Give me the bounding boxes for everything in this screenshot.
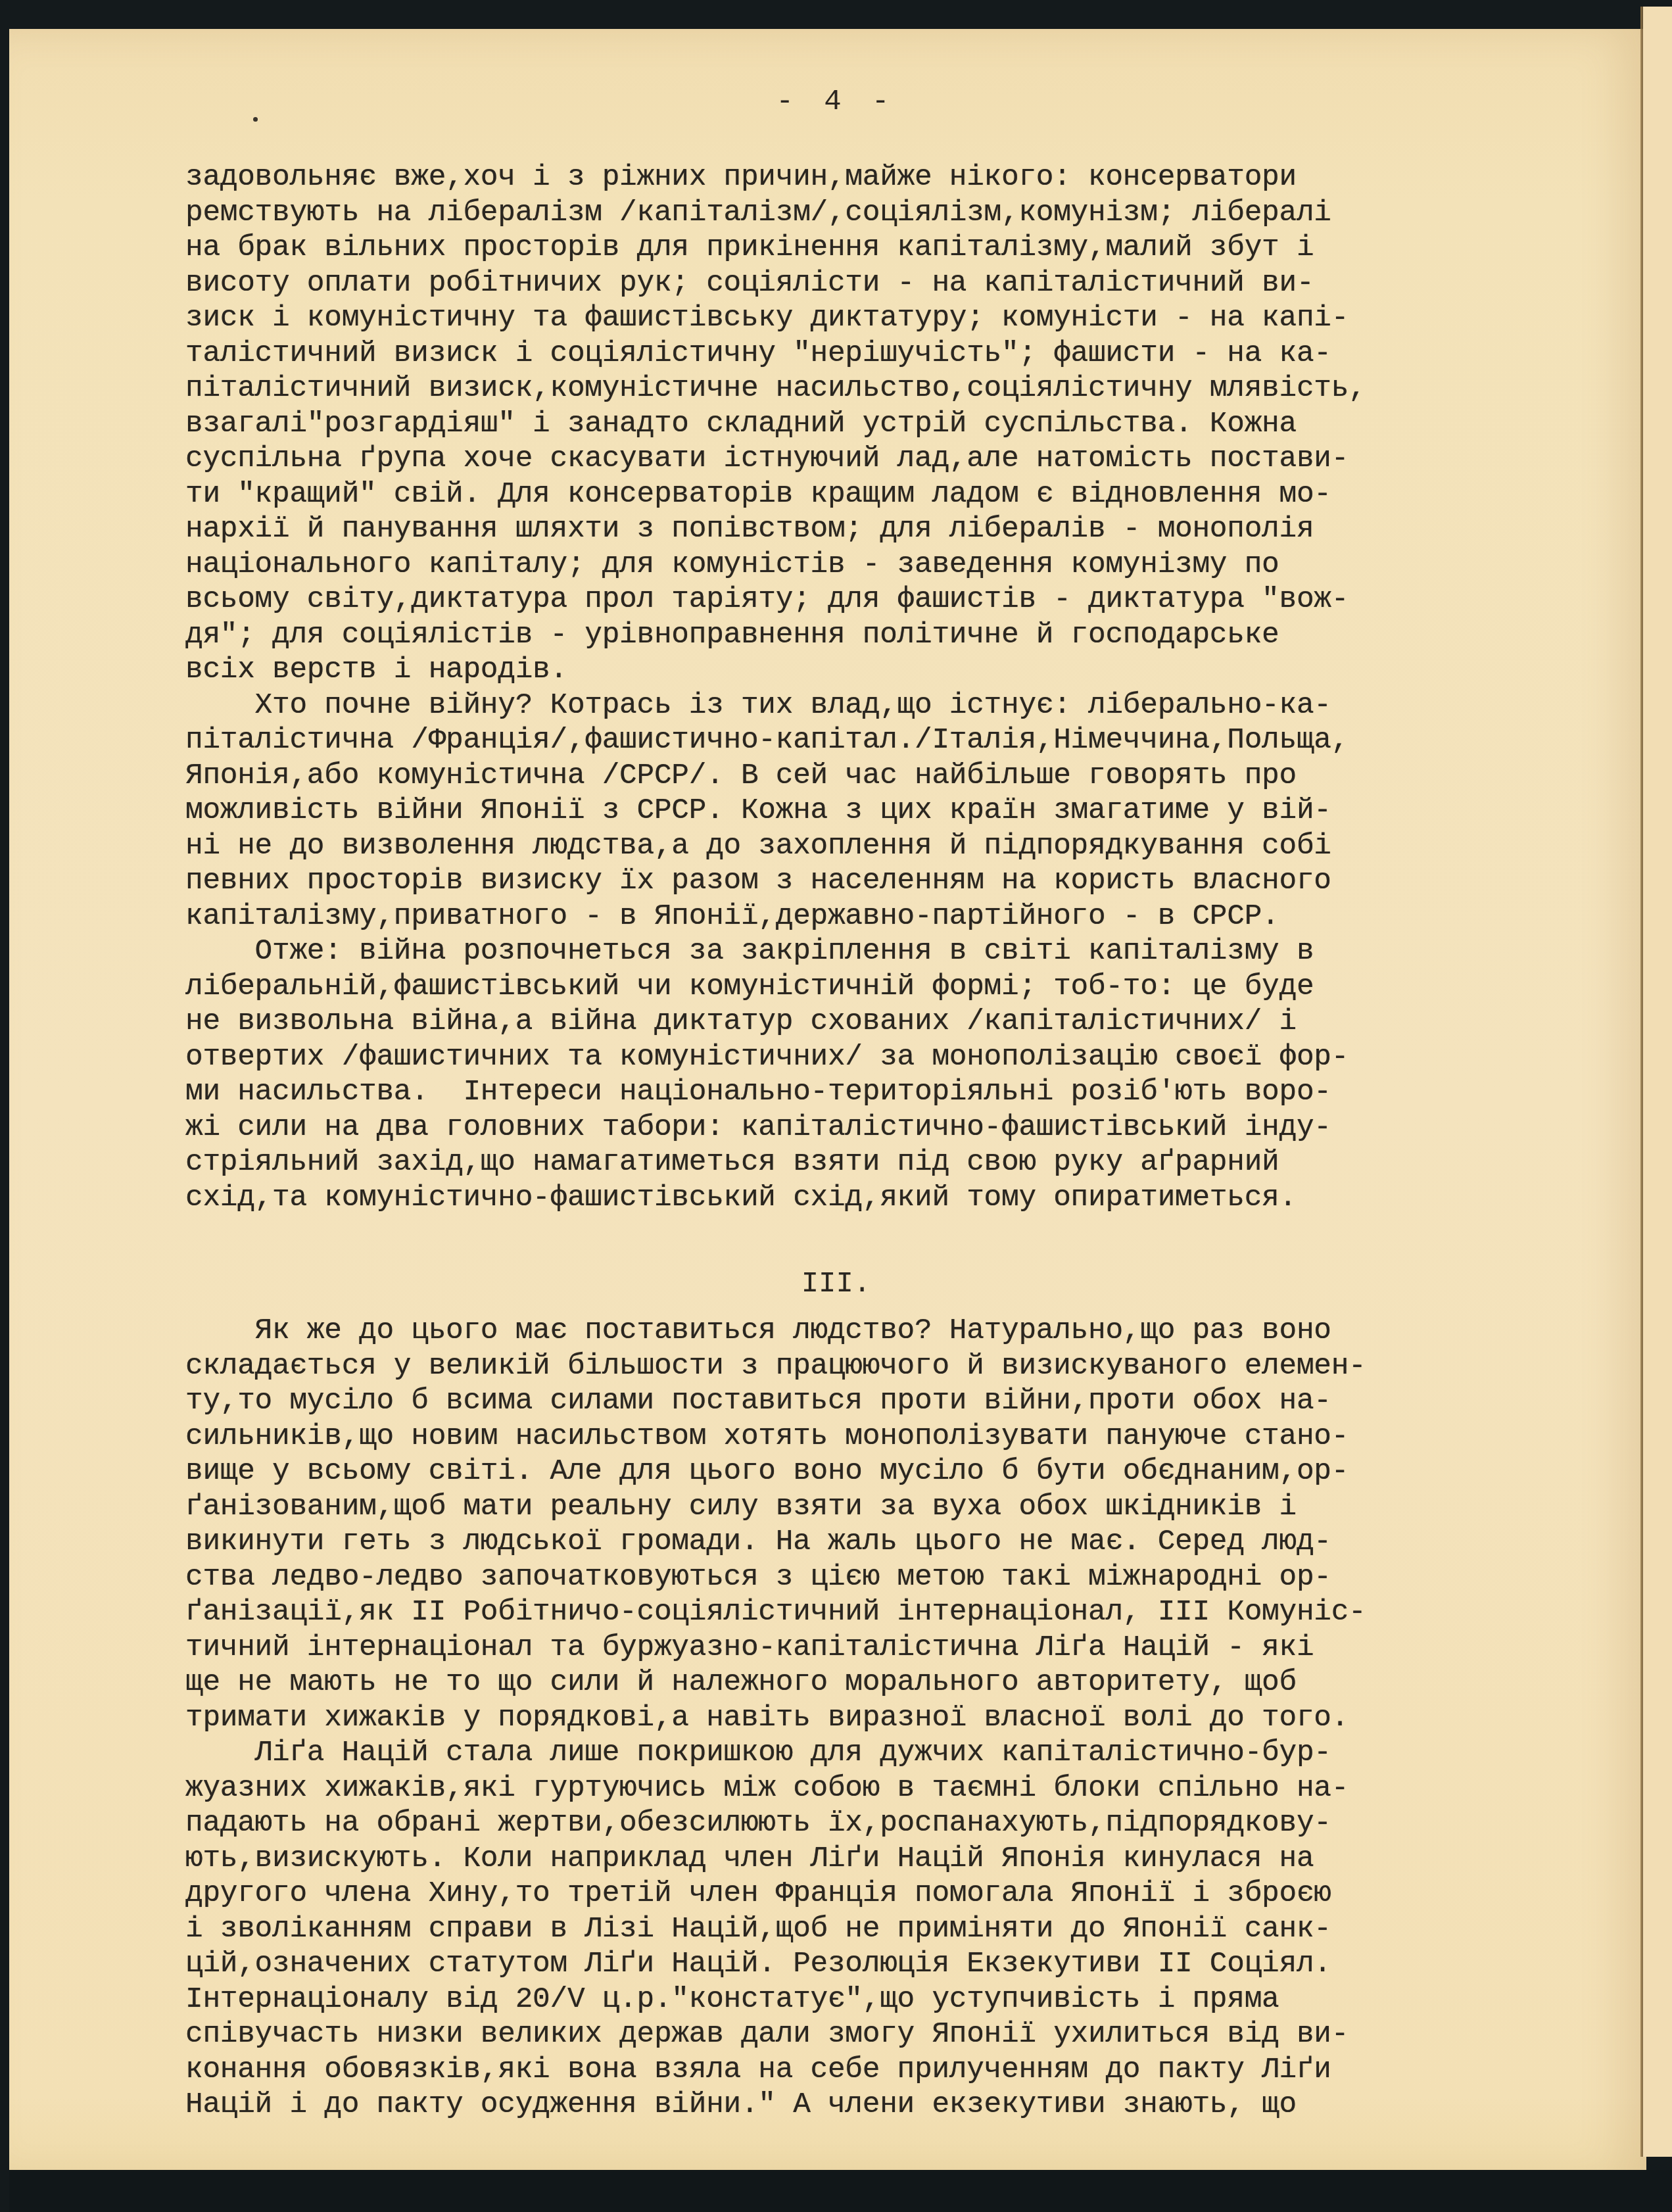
text-line: не визвольна війна,а війна диктатур схов… (185, 1005, 1560, 1040)
text-line: Хто почне війну? Котрась із тих влад,що … (185, 688, 1560, 724)
text-line: отвертих /фашистичних та комуністичних/ … (185, 1040, 1560, 1076)
text-line: ліберальній,фашистівський чи комуністичн… (185, 970, 1560, 1005)
text-line: ще не мають не то що сили й належного мо… (185, 1666, 1560, 1701)
text-line: тичний інтернаціонал та буржуазно-капіта… (185, 1631, 1560, 1666)
page-number: - 4 - (0, 85, 1672, 118)
text-line: Націй і до пакту осудження війни." А чле… (185, 2088, 1560, 2123)
text-line: нархії й панування шляхти з попівством; … (185, 512, 1560, 548)
text-line: тримати хижаків у порядкові,а навіть вир… (185, 1701, 1560, 1737)
text-line: Як же до цього має поставиться людство? … (185, 1314, 1560, 1349)
text-line: Японія,або комуністична /СРСР/. В сей ча… (185, 759, 1560, 794)
text-line: капіталізму,приватного - в Японії,держав… (185, 900, 1560, 935)
text-line: всіх верств і народів. (185, 653, 1560, 688)
text-line: на брак вільних просторів для прикінення… (185, 231, 1560, 266)
section-heading: III. (0, 1268, 1672, 1301)
text-line: Ліґа Націй стала лише покришкою для дужч… (185, 1736, 1560, 1771)
text-line: задовольняє вже,хоч і з ріжних причин,ма… (185, 160, 1560, 196)
text-line: зиск і комуністичну та фашистівську дикт… (185, 301, 1560, 337)
text-line: ґанізованим,щоб мати реальну силу взяти … (185, 1490, 1560, 1526)
text-line: падають на обрані жертви,обезсилюють їх,… (185, 1806, 1560, 1842)
text-line: Отже: війна розпочнеться за закріплення … (185, 934, 1560, 970)
scan-background (9, 2170, 1672, 2212)
text-line: талістичний визиск і соціялістичну "нері… (185, 337, 1560, 372)
text-line: вище у всьому світі. Але для цього воно … (185, 1455, 1560, 1490)
text-line: суспільна ґрупа хоче скасувати істнуючий… (185, 442, 1560, 477)
text-line: Інтернаціоналу від 20/V ц.р."констатує",… (185, 1983, 1560, 2018)
text-line: цій,означених статутом Ліґи Націй. Резол… (185, 1947, 1560, 1983)
text-line: жі сили на два головних табори: капіталі… (185, 1111, 1560, 1146)
text-line: жуазних хижаків,які гуртуючись між собою… (185, 1771, 1560, 1807)
text-line: конання обовязків,які вона взяла на себе… (185, 2053, 1560, 2088)
text-line: стріяльний захід,що намагатиметься взяти… (185, 1145, 1560, 1181)
text-line: ні не до визволення людства,а до захопле… (185, 829, 1560, 865)
text-line: ють,визискують. Коли наприклад член Ліґи… (185, 1842, 1560, 1877)
adjacent-page-edge (1643, 7, 1672, 2157)
text-line: певних просторів визиску їх разом з насе… (185, 864, 1560, 900)
body-text-part-2: Як же до цього має поставиться людство? … (185, 1314, 1560, 2123)
text-line: можливість війни Японії з СРСР. Кожна з … (185, 794, 1560, 829)
text-line: сильників,що новим насильством хотять мо… (185, 1420, 1560, 1455)
text-line: всьому світу,диктатура прол таріяту; для… (185, 583, 1560, 618)
text-line: взагалі"розгардіяш" і занадто складний у… (185, 407, 1560, 443)
text-line: висоту оплати робітничих рук; соціялісти… (185, 266, 1560, 302)
text-line: ґанізації,як II Робітничо-соціялістичний… (185, 1595, 1560, 1631)
text-line: ми насильства. Інтереси національно-тери… (185, 1075, 1560, 1111)
text-line: ту,то мусіло б всима силами поставиться … (185, 1384, 1560, 1420)
text-line: другого члена Хину,то третій член Франці… (185, 1877, 1560, 1912)
text-line: складається у великій більшости з працюю… (185, 1349, 1560, 1385)
text-line: ремствують на лібералізм /капіталізм/,со… (185, 196, 1560, 231)
text-line: дя"; для соціялістів - урівноправнення п… (185, 618, 1560, 654)
text-line: співучасть низки великих держав дали змо… (185, 2017, 1560, 2053)
text-line: схід,та комуністично-фашистівський схід,… (185, 1181, 1560, 1216)
text-line: піталістична /Франція/,фашистично-капіта… (185, 723, 1560, 759)
text-line: піталістичний визиск,комуністичне насиль… (185, 372, 1560, 407)
text-line: національного капіталу; для комуністів -… (185, 548, 1560, 583)
body-text-part-1: задовольняє вже,хоч і з ріжних причин,ма… (185, 160, 1560, 1216)
text-line: ти "кращий" свій. Для консерваторів кращ… (185, 477, 1560, 513)
text-line: викинути геть з людської громади. На жал… (185, 1525, 1560, 1560)
text-line: і зволіканням справи в Лізі Націй,щоб не… (185, 1912, 1560, 1948)
text-line: ства ледво-ледво започатковуються з цією… (185, 1560, 1560, 1596)
